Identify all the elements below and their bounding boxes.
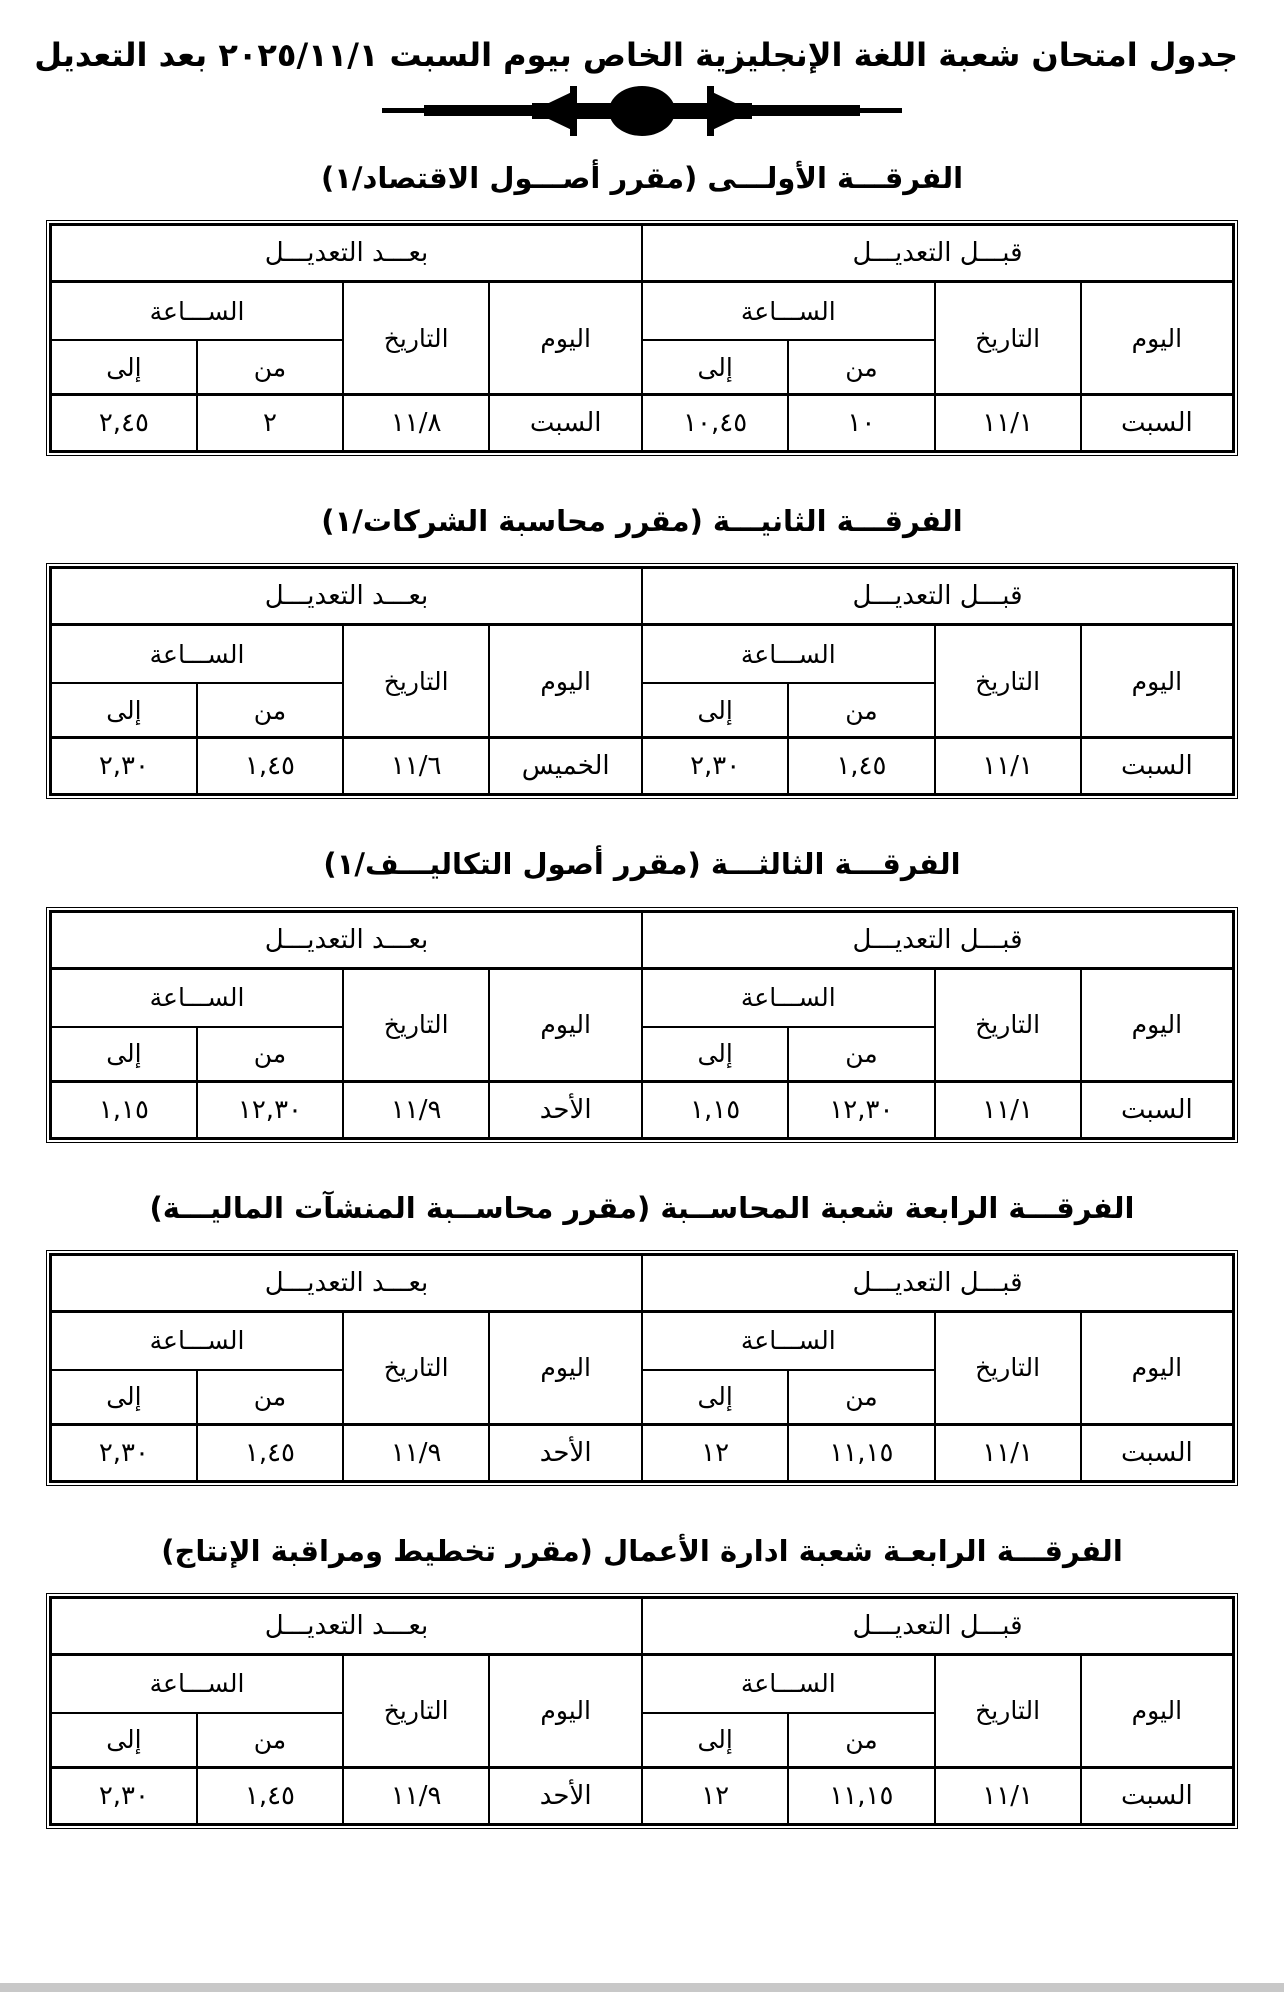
day-header: اليوم bbox=[1081, 1654, 1234, 1767]
from-header: من bbox=[788, 1713, 934, 1768]
hour-header: الســـاعة bbox=[642, 1311, 934, 1370]
from-header: من bbox=[788, 340, 934, 395]
hour-header: الســـاعة bbox=[51, 282, 344, 341]
after-to: ٢,٣٠ bbox=[51, 738, 197, 795]
before-from: ١١,١٥ bbox=[788, 1424, 934, 1481]
after-edit-header: بعـــد التعديـــل bbox=[51, 1254, 643, 1311]
date-header: التاريخ bbox=[935, 625, 1081, 738]
date-header: التاريخ bbox=[343, 282, 489, 395]
section-4-heading: الفرقـــة الرابعة شعبة المحاســبة (مقرر … bbox=[46, 1189, 1238, 1228]
day-header: اليوم bbox=[1081, 282, 1234, 395]
from-header: من bbox=[197, 683, 343, 738]
section-2-heading: الفرقـــة الثانيـــة (مقرر محاسبة الشركا… bbox=[46, 502, 1238, 541]
scan-page-edge bbox=[0, 1983, 1284, 1992]
after-edit-header: بعـــد التعديـــل bbox=[51, 225, 643, 282]
after-to: ٢,٣٠ bbox=[51, 1767, 197, 1824]
section-2-table: قبـــل التعديـــل بعـــد التعديـــل اليو… bbox=[46, 563, 1238, 799]
day-header: اليوم bbox=[489, 1311, 642, 1424]
after-to: ٢,٤٥ bbox=[51, 395, 197, 452]
date-header: التاريخ bbox=[343, 1654, 489, 1767]
before-date: ١١/١ bbox=[935, 1081, 1081, 1138]
date-header: التاريخ bbox=[935, 282, 1081, 395]
hour-header: الســـاعة bbox=[642, 282, 934, 341]
before-date: ١١/١ bbox=[935, 738, 1081, 795]
section-2: الفرقـــة الثانيـــة (مقرر محاسبة الشركا… bbox=[46, 502, 1238, 799]
day-header: اليوم bbox=[1081, 968, 1234, 1081]
after-day: الأحد bbox=[489, 1424, 642, 1481]
date-header: التاريخ bbox=[343, 968, 489, 1081]
to-header: إلى bbox=[642, 1713, 788, 1768]
schedule-table: قبـــل التعديـــل بعـــد التعديـــل اليو… bbox=[49, 566, 1235, 796]
section-1-table: قبـــل التعديـــل بعـــد التعديـــل اليو… bbox=[46, 220, 1238, 456]
from-header: من bbox=[197, 1713, 343, 1768]
after-date: ١١/٨ bbox=[343, 395, 489, 452]
before-day: السبت bbox=[1081, 1081, 1234, 1138]
schedule-table: قبـــل التعديـــل بعـــد التعديـــل اليو… bbox=[49, 1596, 1235, 1826]
to-header: إلى bbox=[642, 683, 788, 738]
section-5-table: قبـــل التعديـــل بعـــد التعديـــل اليو… bbox=[46, 1593, 1238, 1829]
after-from: ١,٤٥ bbox=[197, 738, 343, 795]
after-from: ١٢,٣٠ bbox=[197, 1081, 343, 1138]
to-header: إلى bbox=[51, 1713, 197, 1768]
hour-header: الســـاعة bbox=[51, 1654, 344, 1713]
to-header: إلى bbox=[642, 1370, 788, 1425]
day-header: اليوم bbox=[1081, 1311, 1234, 1424]
to-header: إلى bbox=[51, 683, 197, 738]
date-header: التاريخ bbox=[343, 625, 489, 738]
after-from: ١,٤٥ bbox=[197, 1424, 343, 1481]
to-header: إلى bbox=[642, 340, 788, 395]
to-header: إلى bbox=[51, 340, 197, 395]
schedule-table: قبـــل التعديـــل بعـــد التعديـــل اليو… bbox=[49, 223, 1235, 453]
before-day: السبت bbox=[1081, 1767, 1234, 1824]
before-from: ١١,١٥ bbox=[788, 1767, 934, 1824]
from-header: من bbox=[788, 683, 934, 738]
document-page: جدول امتحان شعبة اللغة الإنجليزية الخاص … bbox=[0, 0, 1284, 1829]
before-date: ١١/١ bbox=[935, 1424, 1081, 1481]
before-from: ١,٤٥ bbox=[788, 738, 934, 795]
after-date: ١١/٦ bbox=[343, 738, 489, 795]
before-to: ١٢ bbox=[642, 1767, 788, 1824]
before-edit-header: قبـــل التعديـــل bbox=[642, 225, 1233, 282]
before-to: ١٢ bbox=[642, 1424, 788, 1481]
before-to: ٢,٣٠ bbox=[642, 738, 788, 795]
before-edit-header: قبـــل التعديـــل bbox=[642, 1254, 1233, 1311]
section-4: الفرقـــة الرابعة شعبة المحاســبة (مقرر … bbox=[46, 1189, 1238, 1486]
section-5-heading: الفرقـــة الرابعـة شعبة ادارة الأعمال (م… bbox=[46, 1532, 1238, 1571]
date-header: التاريخ bbox=[343, 1311, 489, 1424]
to-header: إلى bbox=[51, 1027, 197, 1082]
after-edit-header: بعـــد التعديـــل bbox=[51, 1597, 643, 1654]
from-header: من bbox=[197, 1370, 343, 1425]
from-header: من bbox=[197, 1027, 343, 1082]
before-to: ١,١٥ bbox=[642, 1081, 788, 1138]
day-header: اليوم bbox=[489, 282, 642, 395]
section-5: الفرقـــة الرابعـة شعبة ادارة الأعمال (م… bbox=[46, 1532, 1238, 1829]
from-header: من bbox=[197, 340, 343, 395]
date-header: التاريخ bbox=[935, 968, 1081, 1081]
hour-header: الســـاعة bbox=[51, 968, 344, 1027]
schedule-table: قبـــل التعديـــل بعـــد التعديـــل اليو… bbox=[49, 1253, 1235, 1483]
hour-header: الســـاعة bbox=[51, 1311, 344, 1370]
page-title: جدول امتحان شعبة اللغة الإنجليزية الخاص … bbox=[46, 34, 1238, 77]
after-date: ١١/٩ bbox=[343, 1424, 489, 1481]
day-header: اليوم bbox=[489, 625, 642, 738]
after-edit-header: بعـــد التعديـــل bbox=[51, 568, 643, 625]
section-1-heading: الفرقـــة الأولـــى (مقرر أصـــول الاقتص… bbox=[46, 159, 1238, 198]
day-header: اليوم bbox=[489, 1654, 642, 1767]
after-edit-header: بعـــد التعديـــل bbox=[51, 911, 643, 968]
after-from: ١,٤٥ bbox=[197, 1767, 343, 1824]
before-from: ١٢,٣٠ bbox=[788, 1081, 934, 1138]
section-3: الفرقـــة الثالثـــة (مقرر أصول التكاليـ… bbox=[46, 845, 1238, 1142]
after-from: ٢ bbox=[197, 395, 343, 452]
before-to: ١٠,٤٥ bbox=[642, 395, 788, 452]
ornament-divider bbox=[46, 81, 1238, 141]
hour-header: الســـاعة bbox=[642, 968, 934, 1027]
before-date: ١١/١ bbox=[935, 1767, 1081, 1824]
to-header: إلى bbox=[51, 1370, 197, 1425]
hour-header: الســـاعة bbox=[642, 1654, 934, 1713]
date-header: التاريخ bbox=[935, 1311, 1081, 1424]
before-edit-header: قبـــل التعديـــل bbox=[642, 568, 1233, 625]
day-header: اليوم bbox=[489, 968, 642, 1081]
section-4-table: قبـــل التعديـــل بعـــد التعديـــل اليو… bbox=[46, 1250, 1238, 1486]
to-header: إلى bbox=[642, 1027, 788, 1082]
after-day: الأحد bbox=[489, 1081, 642, 1138]
after-to: ٢,٣٠ bbox=[51, 1424, 197, 1481]
before-date: ١١/١ bbox=[935, 395, 1081, 452]
after-to: ١,١٥ bbox=[51, 1081, 197, 1138]
from-header: من bbox=[788, 1370, 934, 1425]
day-header: اليوم bbox=[1081, 625, 1234, 738]
before-day: السبت bbox=[1081, 738, 1234, 795]
section-3-heading: الفرقـــة الثالثـــة (مقرر أصول التكاليـ… bbox=[46, 845, 1238, 884]
after-date: ١١/٩ bbox=[343, 1081, 489, 1138]
before-day: السبت bbox=[1081, 395, 1234, 452]
schedule-table: قبـــل التعديـــل بعـــد التعديـــل اليو… bbox=[49, 910, 1235, 1140]
date-header: التاريخ bbox=[935, 1654, 1081, 1767]
section-1: الفرقـــة الأولـــى (مقرر أصـــول الاقتص… bbox=[46, 159, 1238, 456]
before-edit-header: قبـــل التعديـــل bbox=[642, 911, 1233, 968]
hour-header: الســـاعة bbox=[51, 625, 344, 684]
before-edit-header: قبـــل التعديـــل bbox=[642, 1597, 1233, 1654]
from-header: من bbox=[788, 1027, 934, 1082]
after-day: الخميس bbox=[489, 738, 642, 795]
after-date: ١١/٩ bbox=[343, 1767, 489, 1824]
ornament-divider-icon bbox=[382, 81, 902, 141]
before-from: ١٠ bbox=[788, 395, 934, 452]
after-day: الأحد bbox=[489, 1767, 642, 1824]
after-day: السبت bbox=[489, 395, 642, 452]
hour-header: الســـاعة bbox=[642, 625, 934, 684]
before-day: السبت bbox=[1081, 1424, 1234, 1481]
section-3-table: قبـــل التعديـــل بعـــد التعديـــل اليو… bbox=[46, 907, 1238, 1143]
